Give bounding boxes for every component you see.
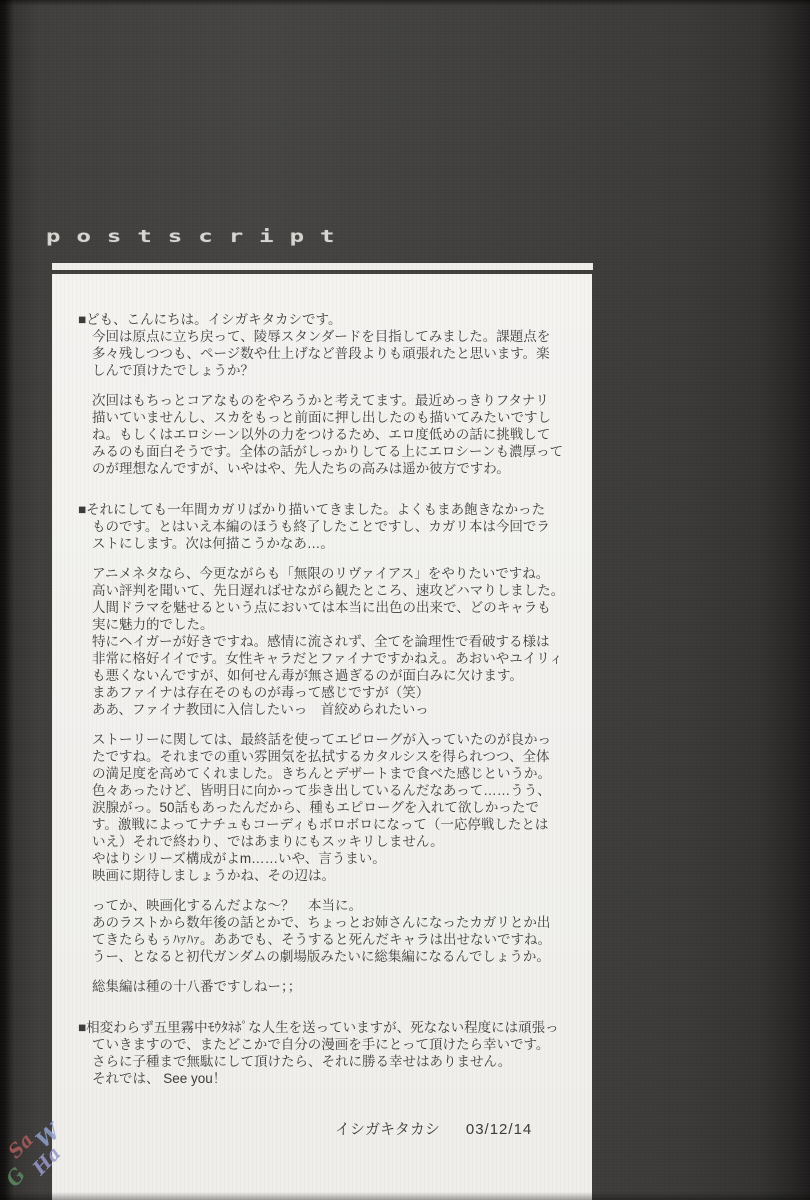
paragraph-movie: ってか、映画化するんだよな〜？ 本当に。 あのラストから数年後の話とかで、ちょっ… <box>78 897 576 965</box>
signature-line: イシガキタカシ03/12/14 <box>78 1121 576 1138</box>
paragraph-greeting: ■ども、こんにちは。イシガキタカシです。 今回は原点に立ち戻って、陵辱スタンダー… <box>78 311 576 379</box>
paragraph-cagalli-books: ■それにしても一年間カガリばかり描いてきました。よくもまあ飽きなかった ものです… <box>78 501 576 552</box>
page-title: postscript <box>46 226 351 246</box>
signature-date: 03/12/14 <box>466 1121 532 1138</box>
watermark-letters-sa: Sa <box>4 1129 38 1163</box>
scanned-page: { "header": { "title": "postscript" }, "… <box>0 0 810 1200</box>
paragraph-compilation: 総集編は種の十八番ですしねー；； <box>78 978 576 995</box>
postscript-box: ■ども、こんにちは。イシガキタカシです。 今回は原点に立ち戻って、陵辱スタンダー… <box>52 274 592 1200</box>
title-underline <box>52 263 593 270</box>
page-background: postscript ■ども、こんにちは。イシガキタカシです。 今回は原点に立ち… <box>0 0 810 1200</box>
paragraph-story-epilogue: ストーリーに関しては、最終話を使ってエピローグが入っていたのが良かっ たですね。… <box>78 731 576 884</box>
paragraph-next-plans: 次回はもちっとコアなものをやろうかと考えてます。最近めっきりフタナリ 描いていま… <box>78 392 576 477</box>
author-name: イシガキタカシ <box>335 1121 440 1138</box>
paragraph-ryvius: アニメネタなら、今更ながらも「無限のリヴァイアス」をやりたいですね。 高い評判を… <box>78 565 576 718</box>
paragraph-farewell: ■相変わらず五里霧中ﾓｳﾀﾈﾎﾟな人生を送っていますが、死なない程度には頑張っ … <box>78 1019 576 1087</box>
watermark-letter-g: G <box>1 1163 30 1191</box>
